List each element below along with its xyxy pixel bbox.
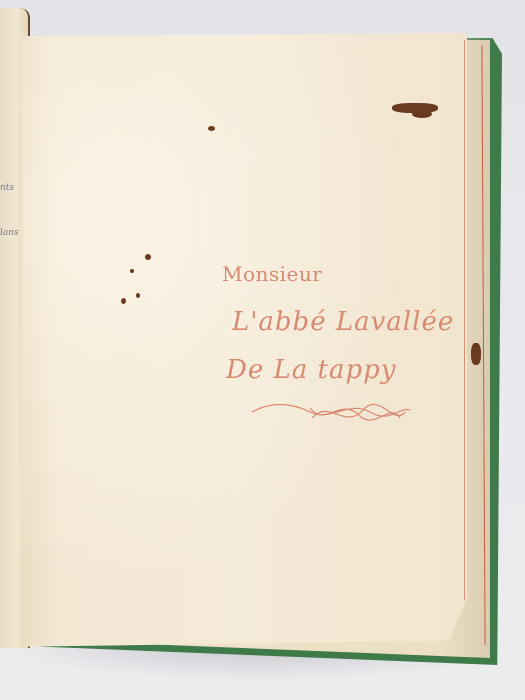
inscription-line-monsieur: Monsieur: [222, 262, 322, 286]
flourish-icon: [250, 398, 415, 434]
leaf-text-fragment: nts: [0, 183, 20, 193]
stain: [136, 293, 140, 298]
stain: [208, 126, 215, 131]
stain: [121, 298, 126, 304]
stain: [471, 343, 481, 365]
stain: [130, 269, 134, 273]
stain: [412, 110, 432, 118]
book-page: [22, 33, 467, 653]
inscription-line-surname: De La tappy: [226, 355, 396, 385]
inscription-line-name: L'abbé Lavallée: [232, 307, 454, 337]
leaf-text-fragment: lans: [0, 228, 20, 238]
stain: [145, 254, 151, 260]
page-red-edge-line: [464, 40, 465, 600]
